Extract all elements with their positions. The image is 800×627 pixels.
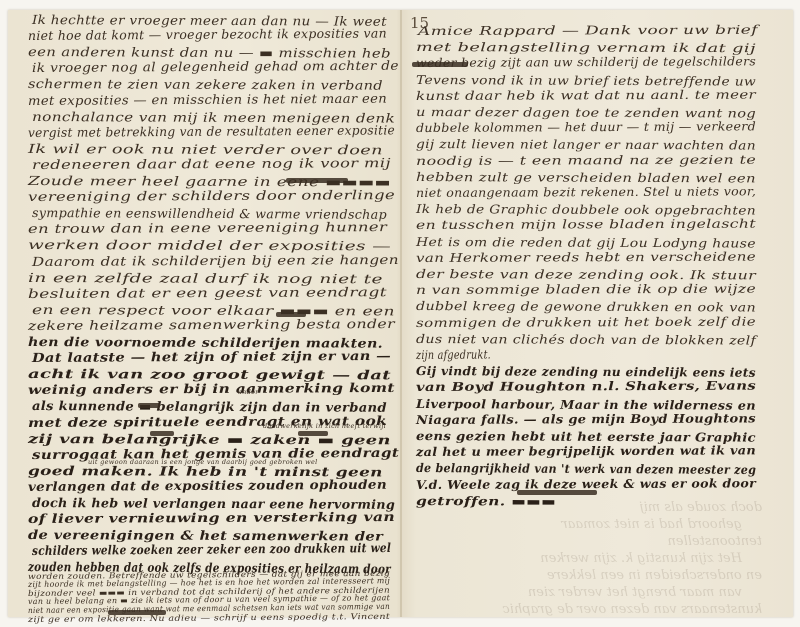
- show-through-text: Het zijn kunstig k. zijn werken: [540, 551, 742, 566]
- right-page-line: zijn afgedrukt.: [416, 348, 491, 362]
- right-page-line: de belangrijkheid van 't werk van dezen …: [416, 461, 756, 477]
- left-page-line: zekere heilzame samenwerking besta onder: [28, 316, 395, 333]
- right-page-line: Ik heb de Graphic doubbele ook opgebrach…: [416, 202, 756, 218]
- right-page-line: van Herkomer reeds hebt en verscheidene: [416, 249, 756, 264]
- left-page-line: in een zelfde zaal durf ik nog niet te: [28, 270, 383, 286]
- left-page-line: redeneeren daar dat eene nog ik voor mij: [32, 155, 391, 172]
- left-page: Ik hechtte er vroeger meer aan dan nu — …: [8, 10, 400, 617]
- letter-sheet: Ik hechtte er vroeger meer aan dan nu — …: [8, 10, 793, 617]
- ink-strikethrough: [412, 62, 468, 67]
- right-page-line: hebben zult ge verscheiden bladen wel ee…: [416, 170, 756, 185]
- ink-strikethrough: [276, 312, 306, 317]
- left-page-line: met exposities — en misschien is het nie…: [28, 90, 387, 107]
- left-page-line: weinig anders er bij in aanmerking komt: [28, 380, 395, 397]
- left-page-line: of liever vernieuwing en versterking van: [28, 509, 395, 526]
- right-page-line: zal het u meer begrijpelijk worden wat i…: [416, 444, 756, 460]
- show-through-text: en onderscheiden in een lekkere: [547, 568, 762, 583]
- ink-strikethrough: [286, 178, 348, 183]
- left-page-line: verlangen dat de exposities zouden ophou…: [28, 477, 387, 494]
- interlinear-note: uit gewoon daaraan is een jonge van daar…: [88, 458, 318, 466]
- interlinear-note: ander: [238, 388, 259, 396]
- right-page: 15 Amice Rappard — Dank voor uw briefmet…: [402, 10, 793, 617]
- right-page-line: der beste van deze zending ook. Ik stuur: [416, 267, 756, 282]
- right-page-line: n van sommige bladen die ik op die wijze: [416, 282, 756, 297]
- right-page-line: gij zult lieven niet langer er naar wach…: [416, 137, 756, 153]
- ink-strikethrough: [108, 610, 166, 615]
- left-page-line: Dat laatste — het zijn of niet zijn er v…: [32, 348, 391, 365]
- left-page-line: niet hoe dat komt — vroeger bezocht ik e…: [28, 26, 387, 44]
- left-page-line: vergist met betrekking van de resultaten…: [28, 122, 395, 140]
- right-page-line: Niagara falls. — als ge mijn Boyd Hought…: [416, 411, 756, 427]
- ink-strikethrough: [298, 431, 328, 436]
- left-page-line: werken door middel der exposities —: [28, 237, 391, 253]
- show-through-text: kunstenaars van dezen over de graphic: [502, 602, 762, 617]
- show-through-text: tentoonstellen: [667, 534, 762, 549]
- show-through-text: van maar brengt het verder zien: [528, 585, 742, 600]
- right-page-line: dubbel kreeg de gewone drukken en ook va…: [416, 299, 756, 314]
- show-through-text: doch zoude als mij: [640, 500, 762, 515]
- right-page-line: met belangstelling vernam ik dat gij: [416, 40, 756, 55]
- show-through-text: gehoord had is niet zomaar: [561, 517, 742, 532]
- right-page-line: Het is om die reden dat gij Lou Lodyng h…: [416, 235, 756, 251]
- ink-strikethrough: [138, 403, 160, 408]
- interlinear-note: daadwerkelijk in zich heeft terwijl: [263, 422, 386, 430]
- right-page-line: u maar dezer dagen toe te zenden want no…: [416, 105, 756, 120]
- right-page-line: eens gezien hebt uit het eerste jaar Gra…: [416, 429, 756, 445]
- left-page-line: en trouw dan in eene vereeniging hunner: [28, 219, 387, 236]
- right-page-line: Amice Rappard — Dank voor uw brief: [418, 23, 758, 38]
- right-page-line: Gij vindt bij deze zending nu eindelijk …: [416, 364, 756, 380]
- right-page-line: getroffen. ▬▬▬: [416, 494, 556, 509]
- left-page-line: besluiten dat er een geest van eendragt: [28, 284, 387, 301]
- right-page-line: en tusschen mijn losse bladen ingelascht: [416, 217, 756, 232]
- right-page-line: dus niet van clichés doch van de blokken…: [416, 332, 756, 348]
- right-page-line: dubbele kolommen — het duur — t mij — ve…: [416, 119, 756, 135]
- left-page-line: schilders welke zoeken zeer zeker een zo…: [32, 540, 391, 558]
- left-page-line: vereeniging der schilders door onderling…: [28, 187, 395, 204]
- left-page-line: ik vroeger nog al gelegenheid gehad om a…: [32, 58, 399, 75]
- right-page-line: kunst daar heb ik wat dat nu aanl. te me…: [416, 87, 756, 102]
- right-page-line: Tevens vond ik in uw brief iets betreffe…: [416, 73, 756, 89]
- ink-strikethrough: [517, 490, 597, 495]
- right-page-line: sommigen de drukken uit het boek zelf di…: [416, 314, 756, 329]
- right-page-line: niet onaangenaam bezit rekenen. Stel u n…: [416, 184, 756, 200]
- right-page-line: noodig is — t een maand na ze gezien te: [416, 152, 756, 167]
- ink-strikethrough: [150, 431, 174, 436]
- left-page-line: Daarom dat ik schilderijen bij een zie h…: [32, 251, 399, 268]
- right-page-line: Liverpool harbour, Maar in the wildernes…: [416, 397, 756, 413]
- right-page-line: van Boyd Houghton n.l. Shakers, Evans: [416, 379, 756, 394]
